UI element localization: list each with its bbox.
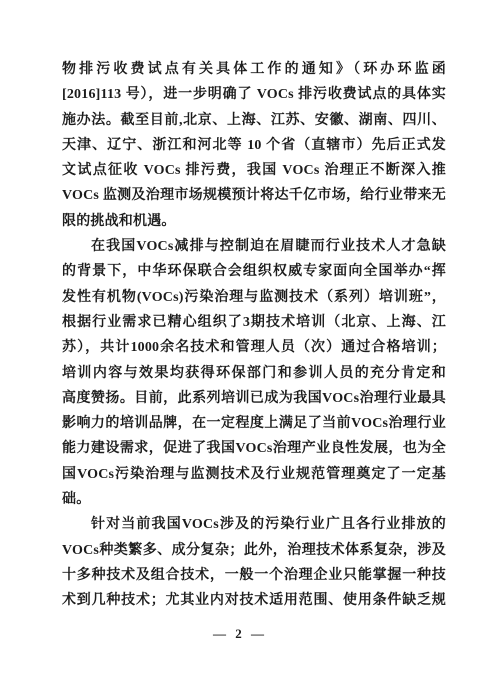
text-line: 能力建设需求，促进了我国VOCs治理产业良性发展，也为全 <box>62 436 446 461</box>
text-line: 培训内容与效果均获得环保部门和参训人员的充分肯定和 <box>62 361 446 386</box>
text-line-paragraph-start: 针对当前我国VOCs涉及的污染行业广且各行业排放的 <box>62 512 446 537</box>
text-line: 施办法。截至目前,北京、上海、江苏、安徽、湖南、四川、 <box>62 108 446 133</box>
text-line: VOCs种类繁多、成分复杂；此外，治理技术体系复杂，涉及 <box>62 538 446 563</box>
text-line: 物排污收费试点有关具体工作的通知》（环办环监函 <box>62 57 446 82</box>
text-line: 发性有机物(VOCs)污染治理与监测技术（系列）培训班”， <box>62 285 446 310</box>
document-body: 物排污收费试点有关具体工作的通知》（环办环监函 [2016]113 号），进一步… <box>62 57 446 614</box>
text-line: 天津、辽宁、浙江和河北等 10 个省（直辖市）先后正式发 <box>62 133 446 158</box>
text-line: 术到几种技术；尤其业内对技术适用范围、使用条件缺乏规 <box>62 588 446 613</box>
text-line: 高度赞扬。目前，此系列培训已成为我国VOCs治理行业最具 <box>62 386 446 411</box>
text-line: 国VOCs污染治理与监测技术及行业规范管理奠定了一定基 <box>62 462 446 487</box>
text-line-paragraph-start: 在我国VOCs减排与控制迫在眉睫而行业技术人才急缺 <box>62 234 446 259</box>
text-line: VOCs 监测及治理市场规模预计将达千亿市场，给行业带来无 <box>62 183 446 208</box>
text-line: 根据行业需求已精心组织了3期技术培训（北京、上海、江 <box>62 310 446 335</box>
document-page: 物排污收费试点有关具体工作的通知》（环办环监函 [2016]113 号），进一步… <box>0 0 480 683</box>
text-line: 的背景下，中华环保联合会组织权威专家面向全国举办“挥 <box>62 259 446 284</box>
page-number: — 2 — <box>0 626 480 642</box>
text-line: 苏），共计1000余名技术和管理人员（次）通过合格培训； <box>62 335 446 360</box>
text-line-paragraph-end: 限的挑战和机遇。 <box>62 209 446 234</box>
text-line: 影响力的培训品牌，在一定程度上满足了当前VOCs治理行业 <box>62 411 446 436</box>
text-line: [2016]113 号），进一步明确了 VOCs 排污收费试点的具体实 <box>62 82 446 107</box>
text-line: 十多种技术及组合技术，一般一个治理企业只能掌握一种技 <box>62 563 446 588</box>
text-line-paragraph-end: 础。 <box>62 487 446 512</box>
text-line: 文试点征收 VOCs 排污费，我国 VOCs 治理正不断深入推进。 <box>62 158 446 183</box>
